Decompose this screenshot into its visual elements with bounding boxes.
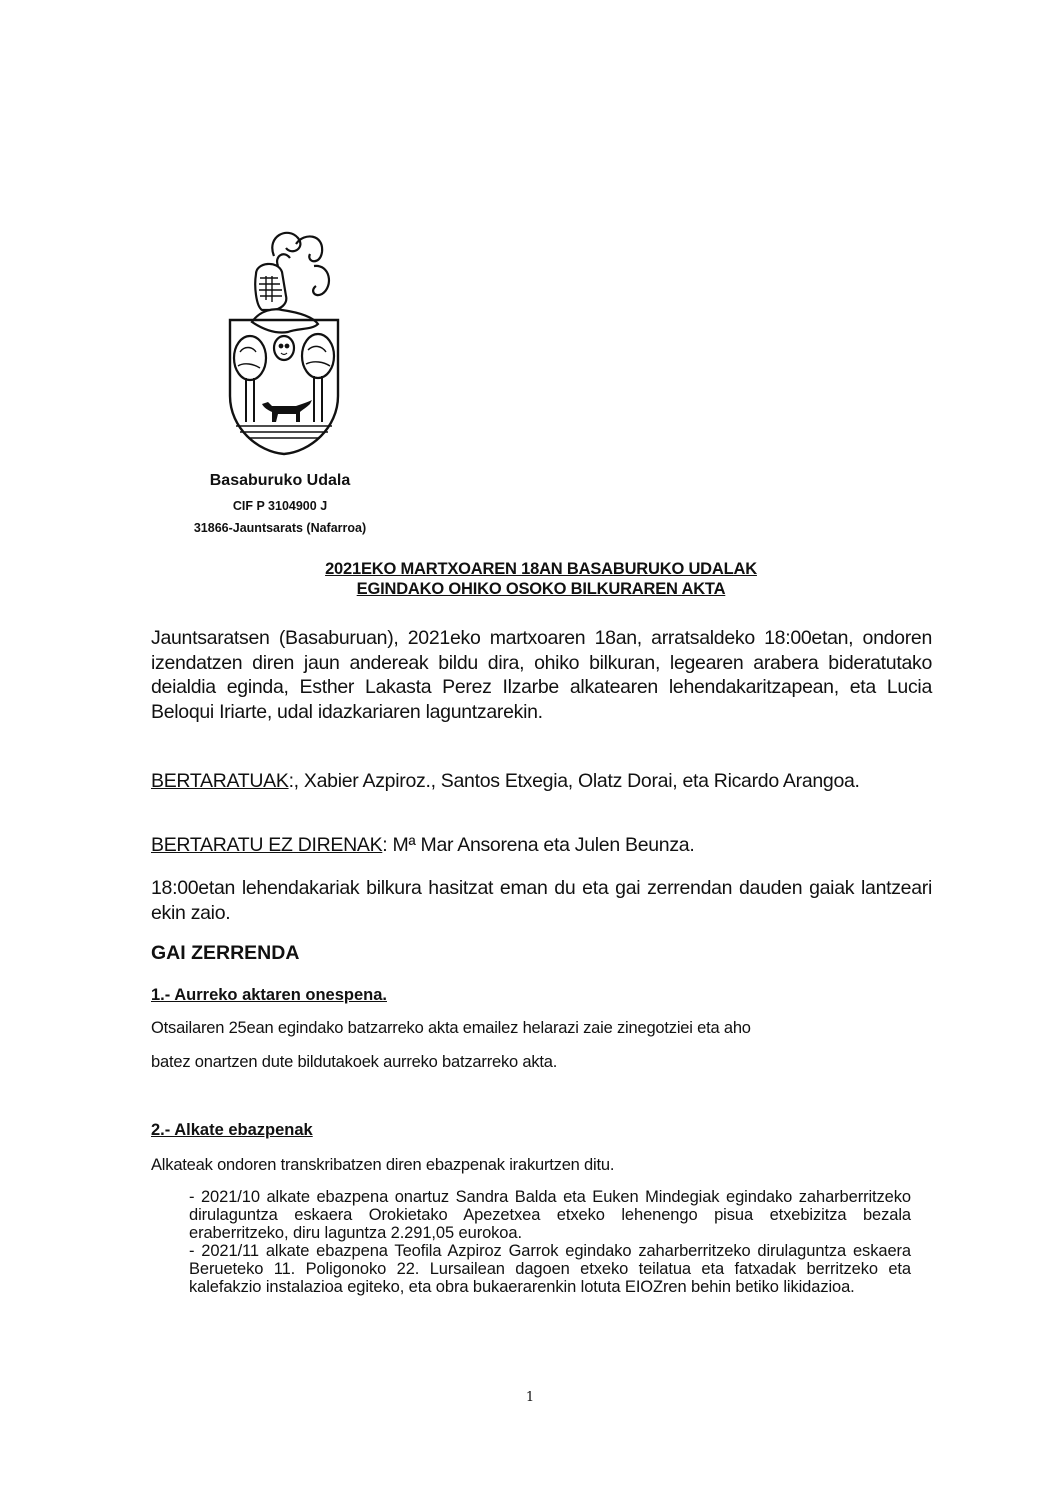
opening-paragraph: 18:00etan lehendakariak bilkura hasitzat… (151, 876, 932, 925)
page-number: 1 (500, 1390, 560, 1405)
agenda-item-1-line-1: Otsailaren 25ean egindako batzarreko akt… (151, 1019, 932, 1038)
document-title: 2021EKO MARTXOAREN 18AN BASABURUKO UDALA… (150, 559, 932, 599)
attendees-paragraph: BERTARATUAK:, Xabier Azpiroz., Santos Et… (151, 769, 932, 794)
agenda-heading: GAI ZERRENDA (151, 942, 299, 965)
absentees-paragraph: BERTARATU EZ DIRENAK: Mª Mar Ansorena et… (151, 833, 932, 858)
attendees-label: BERTARATUAK (151, 770, 289, 792)
resolution-item: - 2021/10 alkate ebazpena onartuz Sandra… (189, 1188, 911, 1242)
absentees-list: : Mª Mar Ansorena eta Julen Beunza. (382, 834, 694, 856)
organization-cif: CIF P 3104900 J (160, 499, 400, 513)
agenda-item-2-intro: Alkateak ondoren transkribatzen diren eb… (151, 1156, 932, 1175)
title-line-2: EGINDAKO OHIKO OSOKO BILKURAREN AKTA (150, 579, 932, 599)
organization-address: 31866-Jauntsarats (Nafarroa) (160, 521, 400, 535)
organization-name: Basaburuko Udala (160, 472, 400, 490)
attendees-list: :, Xabier Azpiroz., Santos Etxegia, Olat… (289, 770, 860, 792)
title-line-1: 2021EKO MARTXOAREN 18AN BASABURUKO UDALA… (150, 559, 932, 579)
agenda-item-1-heading: 1.- Aurreko aktaren onespena. (151, 986, 387, 1005)
intro-paragraph: Jauntsaratsen (Basaburuan), 2021eko mart… (151, 626, 932, 724)
resolution-item: - 2021/11 alkate ebazpena Teofila Azpiro… (189, 1242, 911, 1296)
coat-of-arms-icon (226, 226, 342, 456)
agenda-item-1-line-2: batez onartzen dute bildutakoek aurreko … (151, 1053, 932, 1072)
absentees-label: BERTARATU EZ DIRENAK (151, 834, 382, 856)
agenda-item-2-heading: 2.- Alkate ebazpenak (151, 1121, 313, 1140)
resolutions-list: - 2021/10 alkate ebazpena onartuz Sandra… (189, 1188, 911, 1296)
